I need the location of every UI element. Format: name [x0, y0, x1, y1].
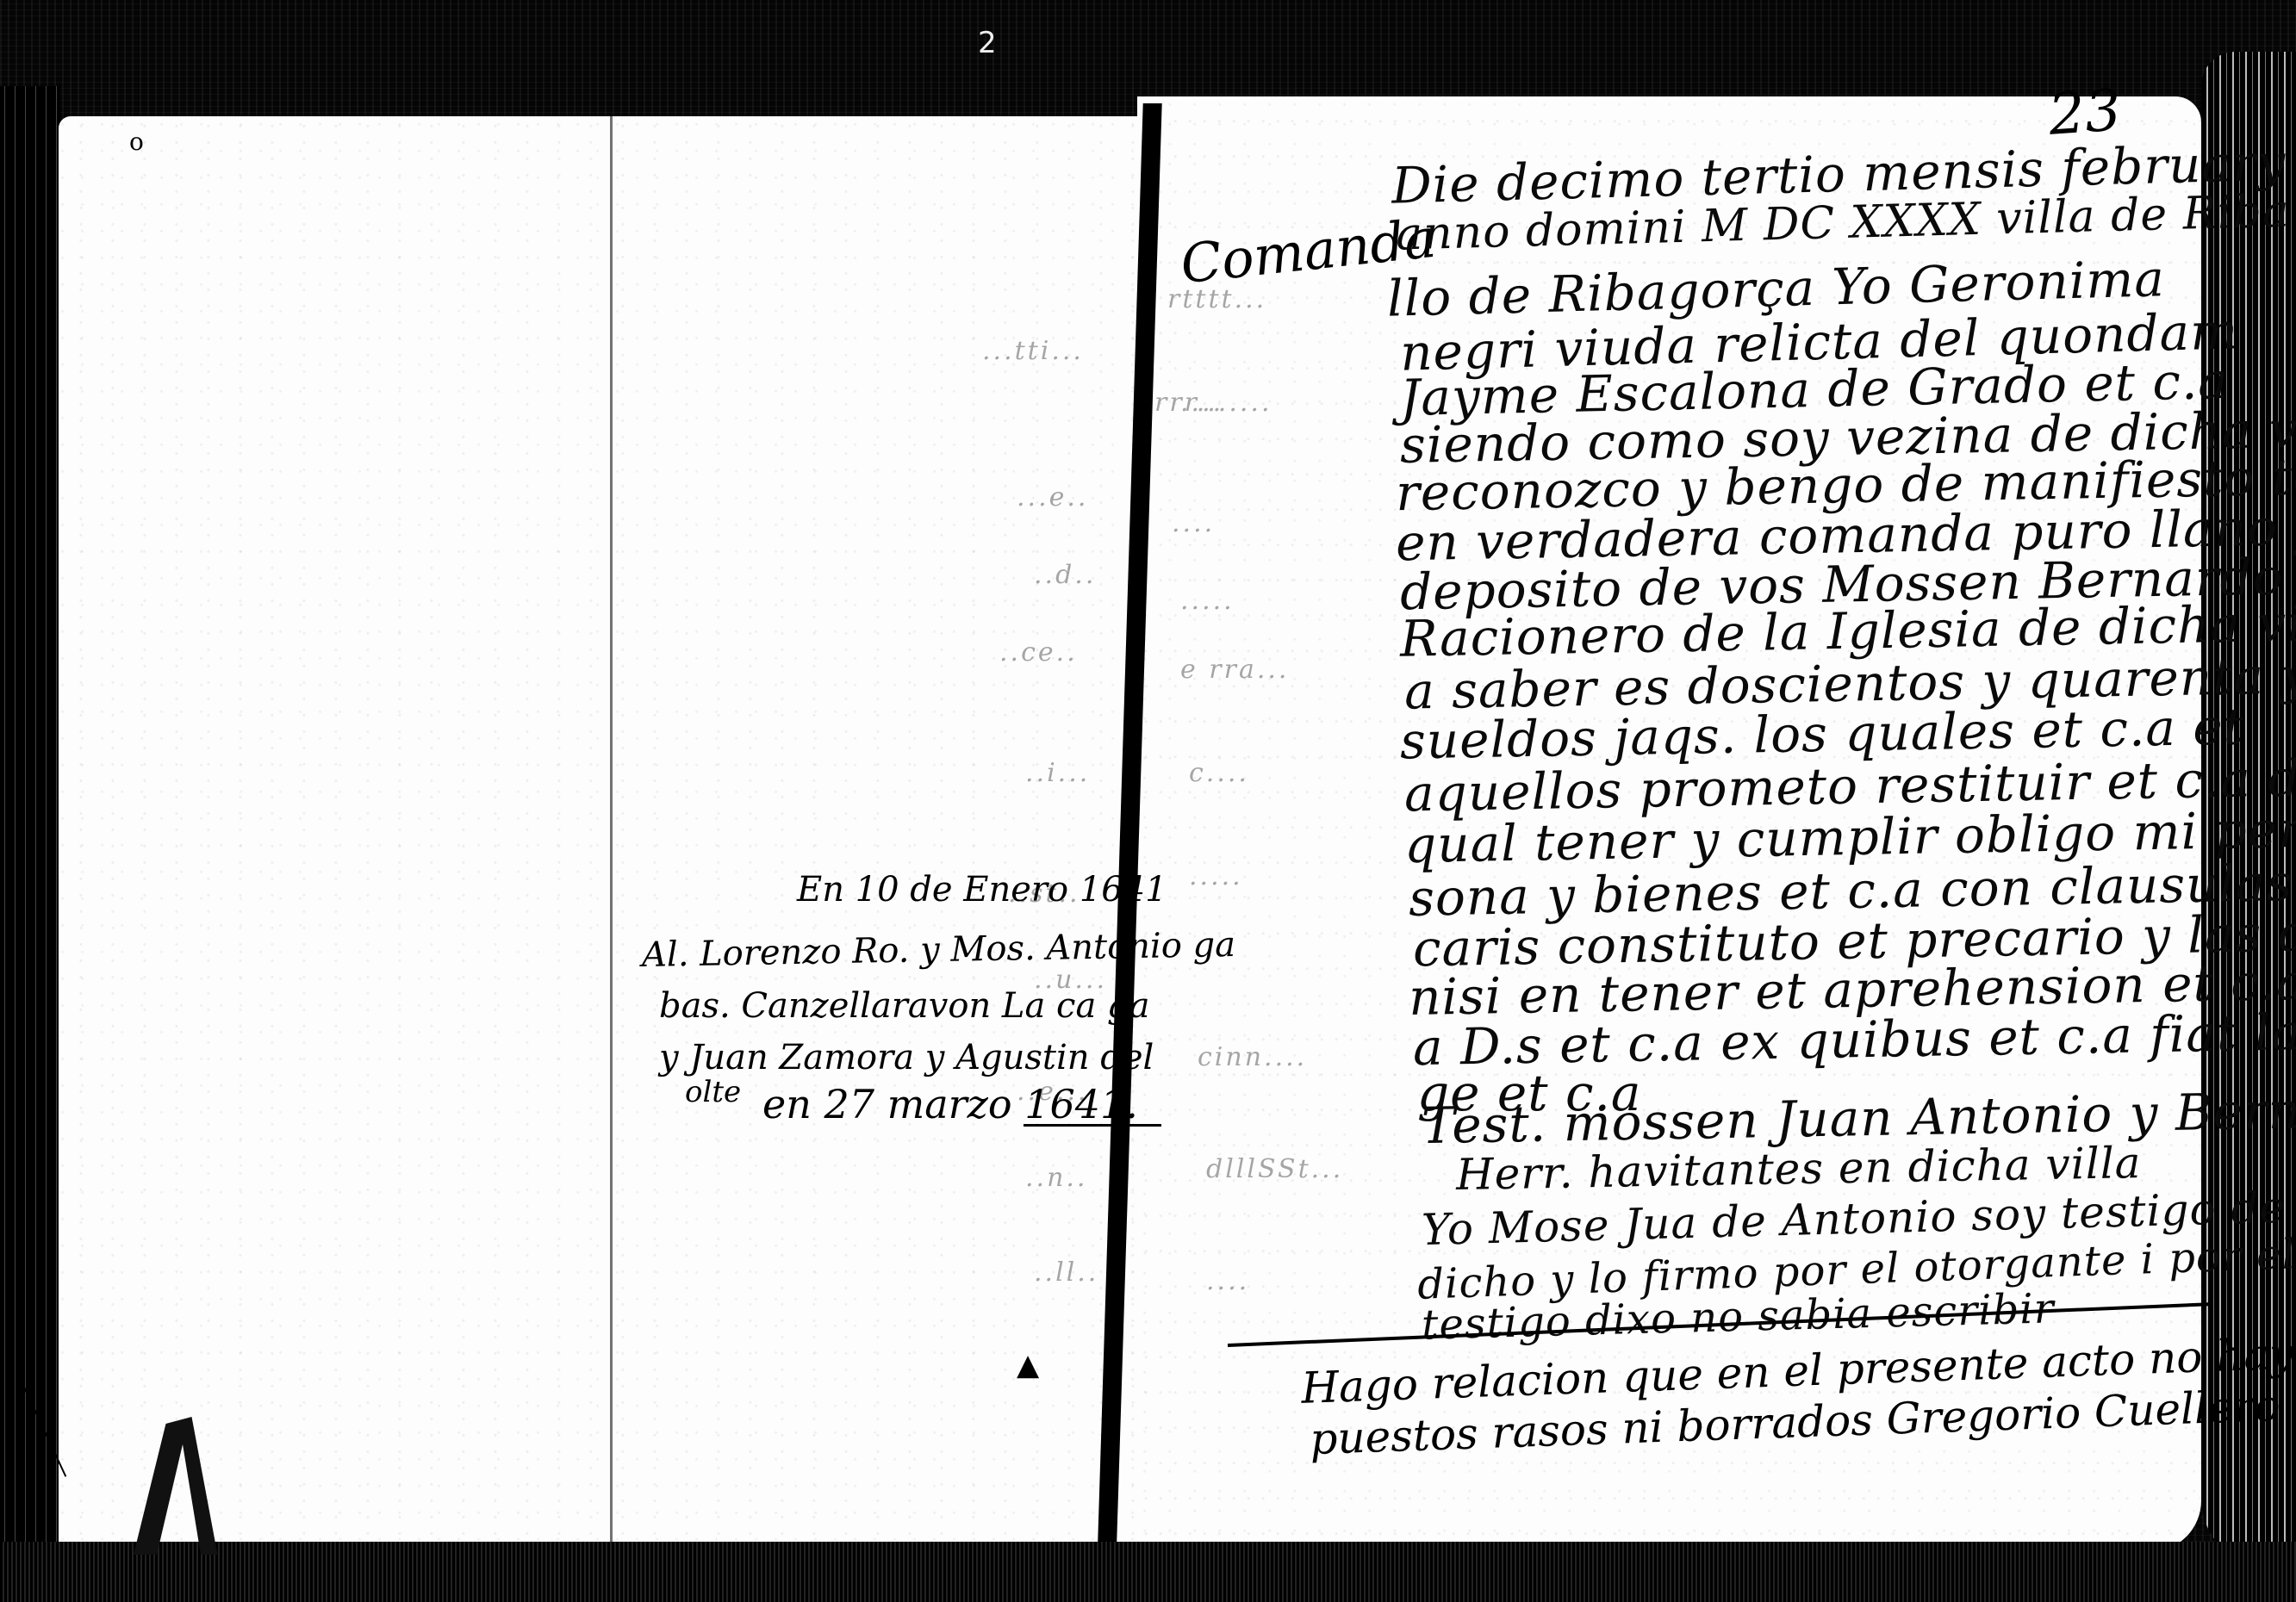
bleed-line: rrr....... — [1154, 388, 1272, 418]
bleed-line: .... — [1172, 508, 1215, 538]
annotation-underline — [1024, 1124, 1161, 1127]
left-page — [59, 116, 1137, 1550]
left-page-fold-line — [610, 116, 613, 1550]
bleed-line: ..ce.. — [999, 637, 1078, 667]
bleed-line: ..d.. — [1034, 560, 1096, 590]
annotation-date-line: en 27 marzo 1641. — [762, 1081, 1138, 1127]
bleed-line: c.... — [1189, 758, 1249, 788]
book-bottom-edge — [0, 1542, 2296, 1602]
bleed-line: ..... — [1180, 586, 1235, 616]
book-left-edge — [0, 86, 60, 1602]
bleed-line: ...tti... — [982, 336, 1084, 366]
cross-mark-icon: ▲ — [1017, 1348, 1039, 1382]
annotation-line: bas. Canzellaravon La ca ga — [659, 986, 1149, 1026]
bleed-line: .... — [1206, 1266, 1249, 1296]
left-corner-mark: o — [129, 127, 144, 156]
bleed-line: ..... — [1189, 861, 1243, 891]
bleed-line: ..n.. — [1025, 1163, 1087, 1193]
annotation-line: En 10 de Enero 1641 — [797, 870, 1167, 910]
bleed-line: e rra... — [1180, 655, 1289, 685]
bleed-line: dlllSSt... — [1206, 1154, 1343, 1184]
annotation-line: olte — [685, 1075, 741, 1109]
annotation-line: y Juan Zamora y Agustin del — [659, 1038, 1154, 1077]
bleed-line: cinn.... — [1198, 1042, 1307, 1072]
bleed-line: ...e.. — [1017, 482, 1088, 512]
bleed-line: ..i... — [1025, 758, 1090, 788]
top-mark: 2 — [978, 26, 997, 60]
bleed-line: ..ll.. — [1034, 1257, 1098, 1288]
